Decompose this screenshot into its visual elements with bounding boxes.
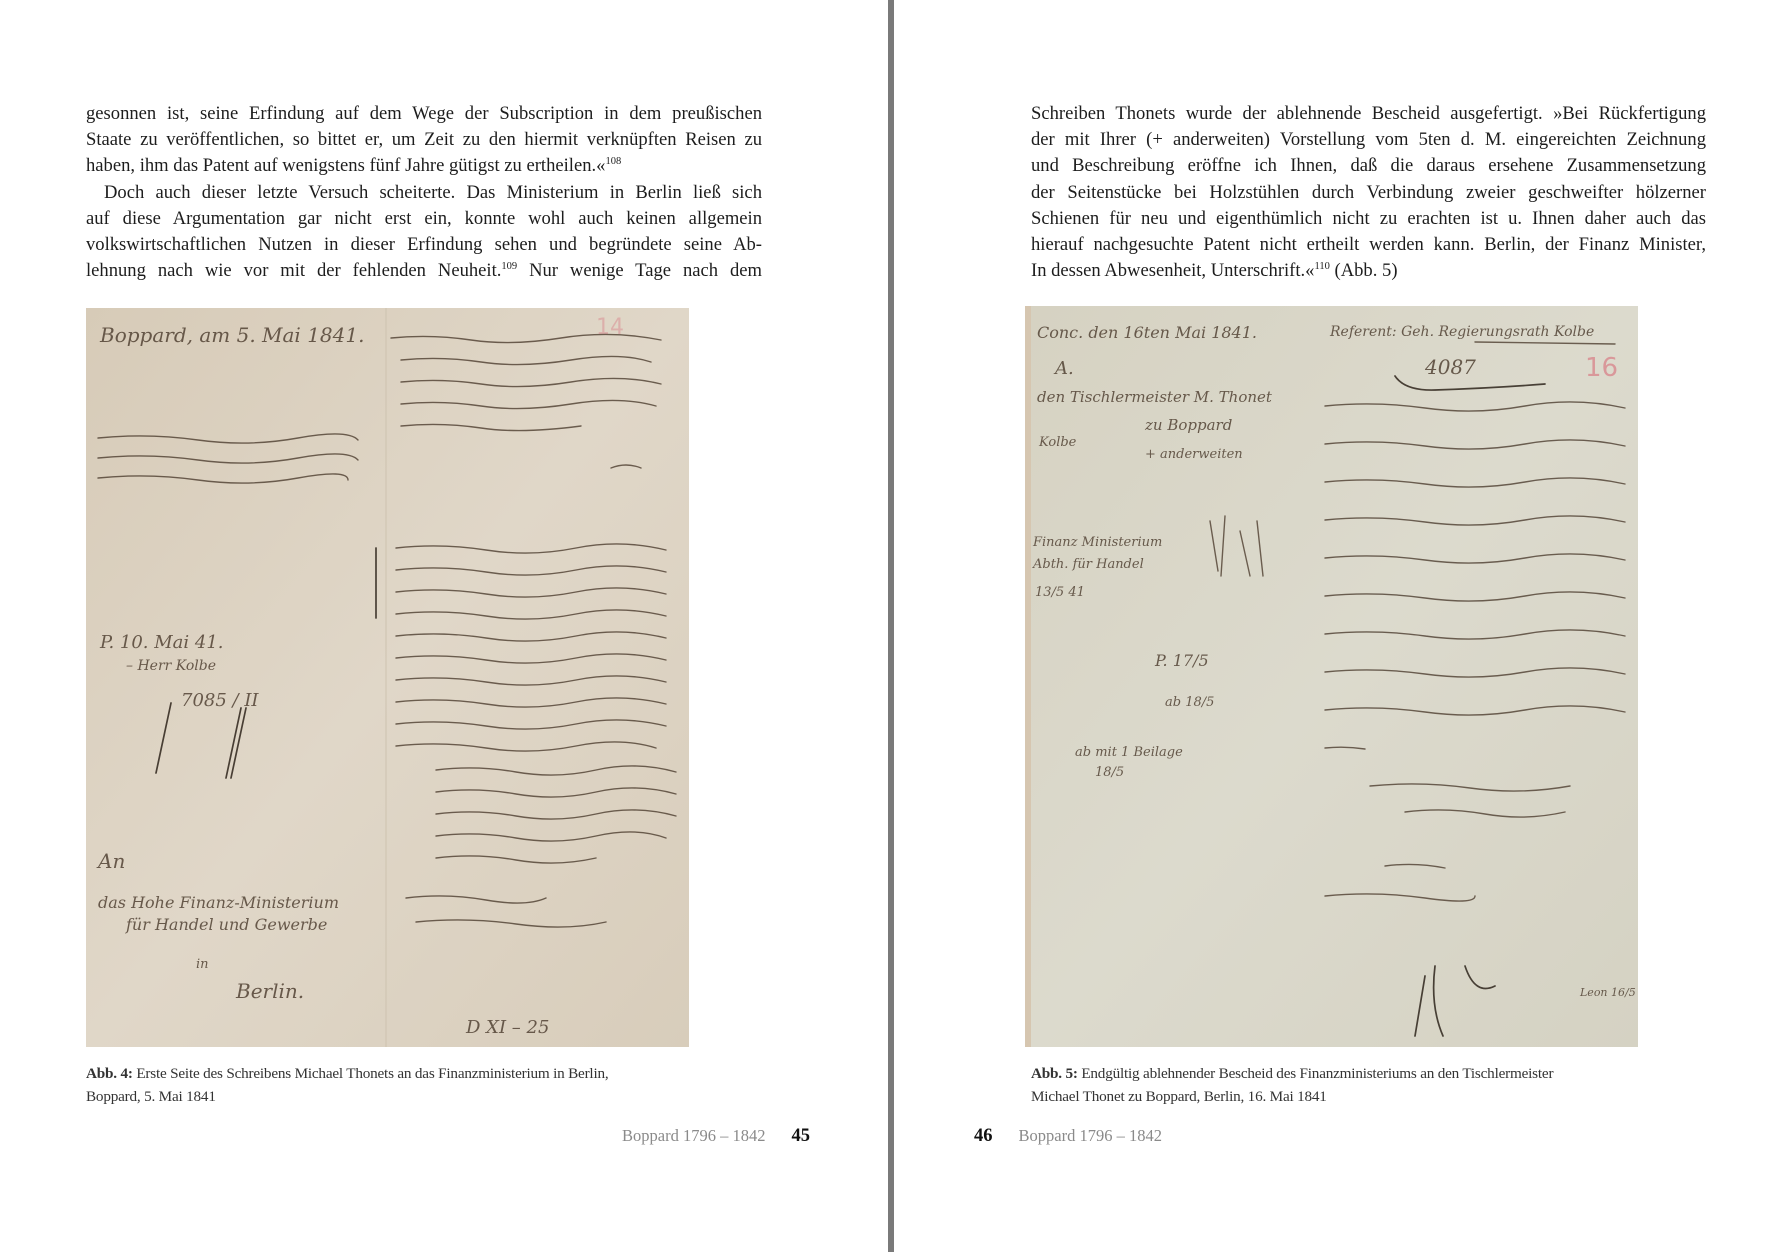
svg-text:zu Boppard: zu Boppard — [1144, 416, 1232, 434]
svg-text:7085 / II: 7085 / II — [181, 690, 259, 711]
text-line: volkswirtschaftlichen Nutzen in dieser E… — [86, 232, 762, 258]
paragraph-1: gesonnen ist, seine Erfindung auf dem We… — [86, 101, 762, 180]
text-line: lehnung nach wie vor mit der fehlenden N… — [86, 258, 762, 284]
figure-caption-abb-5: Abb. 5: Endgültig ablehnender Bescheid d… — [1031, 1063, 1731, 1108]
svg-text:Berlin.: Berlin. — [235, 979, 304, 1003]
text-line: Schreiben Thonets wurde der ablehnende B… — [1031, 101, 1706, 127]
running-head: Boppard 1796 – 1842 — [622, 1126, 765, 1145]
figure-abb-5-manuscript: Conc. den 16ten Mai 1841. A. den Tischle… — [1025, 306, 1638, 1047]
paragraph-1: Schreiben Thonets wurde der ablehnende B… — [1031, 101, 1706, 284]
svg-text:den Tischlermeister M. Thonet: den Tischlermeister M. Thonet — [1037, 388, 1273, 406]
svg-text:P. 17/5: P. 17/5 — [1154, 651, 1209, 670]
svg-text:Boppard, am 5. Mai 1841.: Boppard, am 5. Mai 1841. — [99, 323, 364, 347]
svg-text:Leon 16/5: Leon 16/5 — [1579, 986, 1636, 999]
svg-text:Kolbe: Kolbe — [1038, 435, 1077, 450]
folio-right: 46Boppard 1796 – 1842 — [974, 1126, 1162, 1147]
text-line: haben, ihm das Patent auf wenigstens fün… — [86, 153, 762, 179]
svg-text:13/5 41: 13/5 41 — [1035, 585, 1085, 600]
svg-text:Conc. den 16ten Mai 1841.: Conc. den 16ten Mai 1841. — [1037, 323, 1257, 342]
svg-text:in: in — [196, 957, 209, 972]
handwritten-letter-image: Conc. den 16ten Mai 1841. A. den Tischle… — [1025, 306, 1638, 1047]
svg-text:18/5: 18/5 — [1095, 765, 1124, 780]
text-line: Schienen für neu und eigenthümlich nicht… — [1031, 206, 1706, 232]
svg-text:14: 14 — [596, 315, 624, 340]
figure-abb-4-manuscript: 14 Boppard, am 5. Mai 1841. — [86, 308, 689, 1047]
right-body-text: Schreiben Thonets wurde der ablehnende B… — [1031, 101, 1706, 284]
right-page: Schreiben Thonets wurde der ablehnende B… — [894, 0, 1781, 1252]
footnote-ref[interactable]: 110 — [1314, 261, 1329, 272]
handwritten-letter-image: 14 Boppard, am 5. Mai 1841. — [86, 308, 689, 1047]
left-page: gesonnen ist, seine Erfindung auf dem We… — [0, 0, 888, 1252]
text-line: der mit Ihrer (+ anderweiten) Vorstellun… — [1031, 127, 1706, 153]
svg-text:ab mit 1 Beilage: ab mit 1 Beilage — [1075, 745, 1183, 760]
figure-label: Abb. 5: — [1031, 1065, 1078, 1082]
svg-text:Finanz Ministerium: Finanz Ministerium — [1032, 535, 1162, 550]
svg-text:A.: A. — [1053, 358, 1074, 379]
text-line: gesonnen ist, seine Erfindung auf dem We… — [86, 101, 762, 127]
svg-text:+ anderweiten: + anderweiten — [1145, 447, 1243, 462]
text-line: auf diese Argumentation gar nicht erst e… — [86, 206, 762, 232]
text-line: In dessen Abwesenheit, Unterschrift.«110… — [1031, 258, 1706, 284]
svg-text:Referent: Geh. Regierungsrath: Referent: Geh. Regierungsrath Kolbe — [1329, 324, 1594, 340]
svg-text:– Herr Kolbe: – Herr Kolbe — [126, 658, 216, 674]
svg-text:das Hohe Finanz-Ministerium: das Hohe Finanz-Ministerium — [98, 893, 339, 912]
footnote-ref[interactable]: 109 — [501, 261, 517, 272]
figure-caption-abb-4: Abb. 4: Erste Seite des Schreibens Micha… — [86, 1063, 786, 1108]
svg-text:für Handel und Gewerbe: für Handel und Gewerbe — [125, 915, 327, 934]
footnote-ref[interactable]: 108 — [605, 156, 621, 167]
left-body-text: gesonnen ist, seine Erfindung auf dem We… — [86, 101, 762, 284]
text-line: und Beschreibung eröffne ich Ihnen, daß … — [1031, 153, 1706, 179]
text-line: der Seitenstücke bei Holzstühlen durch V… — [1031, 180, 1706, 206]
svg-text:An: An — [96, 849, 125, 873]
page-number: 45 — [792, 1126, 811, 1146]
svg-text:P. 10. Mai 41.: P. 10. Mai 41. — [99, 632, 224, 653]
svg-text:4087: 4087 — [1424, 355, 1476, 379]
svg-text:Abth. für Handel: Abth. für Handel — [1032, 557, 1144, 572]
svg-text:16: 16 — [1585, 353, 1618, 383]
text-line: hierauf nachgesuchte Patent nicht erthei… — [1031, 232, 1706, 258]
text-line: Doch auch dieser letzte Versuch scheiter… — [86, 180, 762, 206]
text-line: Staate zu veröffentlichen, so bittet er,… — [86, 127, 762, 153]
folio-left: Boppard 1796 – 184245 — [622, 1126, 810, 1147]
figure-label: Abb. 4: — [86, 1065, 133, 1082]
page-number: 46 — [974, 1126, 993, 1146]
svg-text:D XI – 25: D XI – 25 — [465, 1017, 549, 1038]
paragraph-2: Doch auch dieser letzte Versuch scheiter… — [86, 180, 762, 285]
svg-text:ab 18/5: ab 18/5 — [1165, 695, 1214, 710]
running-head: Boppard 1796 – 1842 — [1019, 1126, 1162, 1145]
